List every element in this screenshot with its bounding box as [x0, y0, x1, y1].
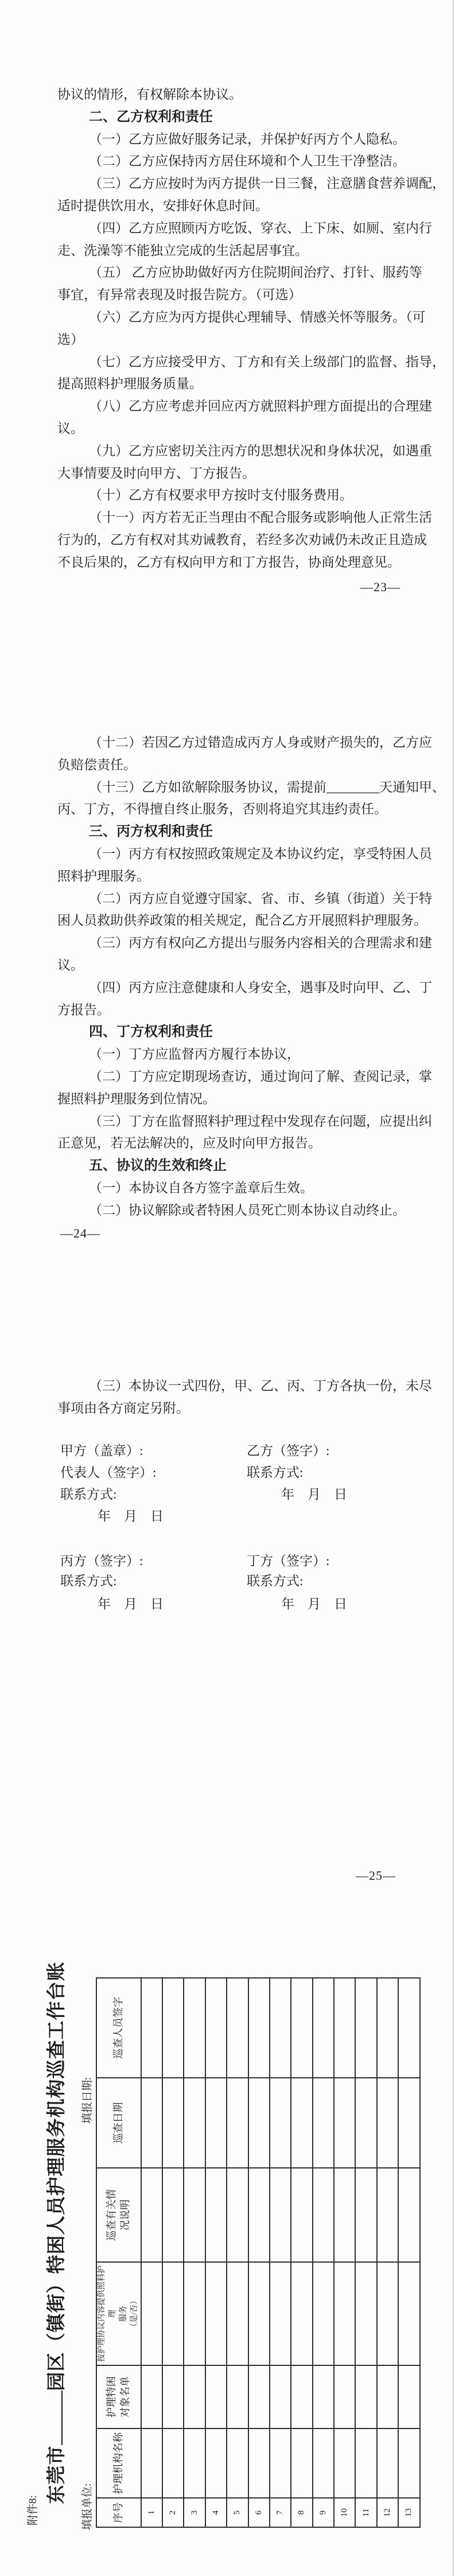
table-row: 8 — [291, 1978, 312, 2527]
text-line: 协议的情形，有权解除本协议。 — [57, 84, 404, 106]
text-line: 事宜，有异常表现及时报告院方。（可选） — [57, 284, 404, 307]
table-cell — [205, 2168, 227, 2262]
text-line: （四）丙方应注意健康和人身安全，遇事及时向甲、乙、丁 — [57, 977, 404, 999]
table-cell — [334, 2365, 355, 2428]
table-cell — [270, 1978, 291, 2078]
table-cell — [184, 2168, 205, 2262]
table-cell — [141, 2428, 162, 2498]
table-cell — [334, 2428, 355, 2498]
table-cell — [291, 2078, 312, 2168]
table-cell — [248, 2262, 270, 2365]
table-cell — [141, 1978, 162, 2078]
table-row: 13 — [398, 1978, 419, 2527]
text-line: 事项由各方商定另附。 — [57, 1398, 404, 1420]
text-line: （九）乙方应密切关注丙方的思想状况和身体状况，如遇重 — [57, 440, 404, 463]
attachment-label: 附件8: — [24, 2495, 40, 2525]
text-line: （一）乙方应做好服务记录，并保护好丙方个人隐私。 — [57, 129, 404, 151]
text-line: （四）乙方应照顾丙方吃饭、穿衣、上下床、如厕、室内行 — [57, 218, 404, 240]
table-cell — [270, 2262, 291, 2365]
table-cell — [141, 2262, 162, 2365]
table-row: 10 — [334, 1978, 355, 2527]
table-cell — [398, 2262, 419, 2365]
text-line: 照料护理服务。 — [57, 866, 404, 888]
page-25-body: （三）本协议一式四份，甲、乙、丙、丁方各执一份，未尽事项由各方商定另附。 — [57, 1375, 404, 1420]
table-cell — [313, 1978, 334, 2078]
table-cell — [248, 1978, 270, 2078]
table-header-cell: 按护理协议内容提供照料护理 服务 （是/否） — [96, 2262, 141, 2365]
table-cell — [291, 1978, 312, 2078]
text-line: （十三）乙方如欲解除服务协议，需提前________天通知甲、 — [57, 777, 404, 799]
party-b-date-label: 年 月 日 — [281, 1484, 347, 1503]
table-cell — [355, 2428, 376, 2498]
table-header-cell: 巡查日期 — [96, 2078, 141, 2168]
table-cell — [291, 2168, 312, 2262]
table-cell — [377, 2078, 398, 2168]
table-row: 1 — [141, 1978, 162, 2527]
ledger-title-suffix: 园区（镇街）特困人员护理服务机构巡查工作台账 — [45, 1962, 67, 2391]
text-line: （八）乙方应考虑并回应丙方就照料护理方面提出的合理建 — [57, 395, 404, 418]
table-cell — [184, 2365, 205, 2428]
text-line: 大事情要及时向甲方、丁方报告。 — [57, 463, 404, 485]
table-cell — [162, 2365, 184, 2428]
ledger-title-prefix: 东莞市 — [45, 2446, 67, 2504]
table-cell — [377, 1978, 398, 2078]
text-line: 负赔偿责任。 — [57, 754, 404, 777]
page-number-24: —24— — [60, 1226, 100, 1241]
table-cell — [398, 2168, 419, 2262]
table-cell — [141, 2365, 162, 2428]
table-cell — [398, 2078, 419, 2168]
text-line: 方报告。 — [57, 999, 404, 1022]
text-line: （二）丙方应自觉遵守国家、省、市、乡镇（街道）关于特 — [57, 888, 404, 910]
table-cell — [334, 2262, 355, 2365]
table-cell — [313, 2365, 334, 2428]
party-b-sign-label: 乙方（签字）: — [247, 1440, 329, 1459]
table-header-cell: 巡查有关情 况说明 — [96, 2168, 141, 2262]
table-header-cell: 序号 — [96, 2498, 141, 2527]
text-line: （六）乙方应为丙方提供心理辅导、情感关怀等服务。（可 — [57, 307, 404, 329]
table-cell — [291, 2262, 312, 2365]
row-number-cell: 6 — [248, 2498, 270, 2527]
party-d-contact-label: 联系方式: — [247, 1570, 303, 1589]
party-c-contact-label: 联系方式: — [60, 1570, 116, 1589]
table-row: 6 — [248, 1978, 270, 2527]
text-line: 行为的，乙方有权对其劝诫教育，若经多次劝诫仍未改正且造成 — [57, 529, 404, 552]
table-cell — [205, 1978, 227, 2078]
text-line: （一）本协议自各方签字盖章后生效。 — [57, 1177, 404, 1200]
table-cell — [162, 2428, 184, 2498]
table-row: 9 — [313, 1978, 334, 2527]
table-row: 11 — [355, 1978, 376, 2527]
section-heading: 五、协议的生效和终止 — [57, 1155, 404, 1177]
text-line: （五） 乙方应协助做好丙方住院期间治疗、打针、服药等 — [57, 262, 404, 284]
table-cell — [205, 2365, 227, 2428]
table-cell — [334, 1978, 355, 2078]
table-cell — [377, 2365, 398, 2428]
party-b-contact-label: 联系方式: — [247, 1462, 303, 1481]
table-cell — [270, 2168, 291, 2262]
table-header-cell: 护理机构名称 — [96, 2428, 141, 2498]
table-cell — [355, 2262, 376, 2365]
scanned-document: 协议的情形，有权解除本协议。二、乙方权利和责任（一）乙方应做好服务记录，并保护好… — [0, 0, 455, 2576]
row-number-cell: 5 — [227, 2498, 248, 2527]
text-line: （二）乙方应保持丙方居住环境和个人卫生干净整洁。 — [57, 150, 404, 173]
inspection-ledger-table: 序号护理机构名称护理特困 对象名单按护理协议内容提供照料护理 服务 （是/否）巡… — [96, 1977, 421, 2528]
table-cell — [205, 2262, 227, 2365]
section-heading: 二、乙方权利和责任 — [57, 106, 404, 129]
row-number-cell: 13 — [398, 2498, 419, 2527]
text-line: 选） — [57, 329, 404, 351]
page-number-23: —23— — [360, 580, 400, 595]
table-cell — [313, 2168, 334, 2262]
table-cell — [398, 1978, 419, 2078]
text-line: 握照料护理服务到位情况。 — [57, 1088, 404, 1111]
text-line: 不良后果的，乙方有权向甲方和丁方报告，协商处理意见。 — [57, 552, 404, 574]
table-cell — [248, 2428, 270, 2498]
attachment-8-ledger-page: 附件8: 东莞市园区（镇街）特困人员护理服务机构巡查工作台账 填报单位: 填报日… — [23, 1917, 425, 2548]
row-number-cell: 9 — [313, 2498, 334, 2527]
party-d-sign-label: 丁方（签字）: — [247, 1550, 329, 1569]
table-cell — [377, 2168, 398, 2262]
table-cell — [334, 2078, 355, 2168]
text-line: 丙、丁方，不得擅自终止服务，否则将追究其违约责任。 — [57, 798, 404, 821]
row-number-cell: 8 — [291, 2498, 312, 2527]
table-cell — [162, 2078, 184, 2168]
party-a-seal-label: 甲方（盖章）: — [60, 1440, 143, 1459]
table-cell — [227, 1978, 248, 2078]
party-c-date-label: 年 月 日 — [98, 1593, 164, 1612]
row-number-cell: 11 — [355, 2498, 376, 2527]
table-cell — [141, 2168, 162, 2262]
text-line: 议。 — [57, 955, 404, 977]
party-a-contact-label: 联系方式: — [60, 1484, 116, 1503]
text-line: （十二）若因乙方过错造成丙方人身或财产损失的，乙方应 — [57, 732, 404, 754]
table-row: 3 — [184, 1978, 205, 2527]
scan-edge-artifact — [453, 0, 454, 2576]
row-number-cell: 3 — [184, 2498, 205, 2527]
table-cell — [291, 2428, 312, 2498]
table-cell — [313, 2262, 334, 2365]
table-cell — [355, 2168, 376, 2262]
table-cell — [205, 2078, 227, 2168]
table-cell — [398, 2365, 419, 2428]
text-line: （三）丙方有权向乙方提出与服务内容相关的合理需求和建 — [57, 932, 404, 955]
table-cell — [227, 2365, 248, 2428]
table-cell — [162, 2262, 184, 2365]
table-cell — [355, 2365, 376, 2428]
table-cell — [355, 1978, 376, 2078]
text-line: （二）协议解除或者特困人员死亡则本协议自动终止。 — [57, 1200, 404, 1222]
page-23-body: 协议的情形，有权解除本协议。二、乙方权利和责任（一）乙方应做好服务记录，并保护好… — [57, 84, 404, 574]
table-row: 7 — [270, 1978, 291, 2527]
table-cell — [248, 2365, 270, 2428]
table-cell — [162, 1978, 184, 2078]
table-cell — [227, 2078, 248, 2168]
table-row: 4 — [205, 1978, 227, 2527]
text-line: 困人员救助供养政策的相关规定，配合乙方开展照料护理服务。 — [57, 910, 404, 932]
table-row: 12 — [377, 1978, 398, 2527]
table-cell — [248, 2078, 270, 2168]
table-cell — [313, 2078, 334, 2168]
text-line: （七）乙方应接受甲方、丁方和有关上级部门的监督、指导， — [57, 351, 404, 374]
table-cell — [227, 2262, 248, 2365]
party-d-date-label: 年 月 日 — [281, 1593, 347, 1612]
table-row: 2 — [162, 1978, 184, 2527]
title-blank-line — [44, 2391, 63, 2446]
table-cell — [248, 2168, 270, 2262]
page-number-25: —25— — [356, 1868, 396, 1883]
table-cell — [398, 2428, 419, 2498]
row-number-cell: 10 — [334, 2498, 355, 2527]
fill-date-label: 填报日期: — [79, 2077, 94, 2124]
table-cell — [227, 2168, 248, 2262]
party-a-date-label: 年 月 日 — [98, 1506, 164, 1524]
text-line: 提高照料护理服务质量。 — [57, 373, 404, 395]
table-cell — [355, 2078, 376, 2168]
text-line: 正意见，若无法解决的，应及时向甲方报告。 — [57, 1132, 404, 1155]
table-cell — [291, 2365, 312, 2428]
text-line: （三）乙方应按时为丙方提供一日三餐，注意膳食营养调配， — [57, 173, 404, 195]
table-cell — [270, 2078, 291, 2168]
row-number-cell: 4 — [205, 2498, 227, 2527]
text-line: （十）乙方有权要求甲方按时支付服务费用。 — [57, 484, 404, 507]
table-header-cell: 巡查人员签字 — [96, 1978, 141, 2078]
table-cell — [184, 2262, 205, 2365]
row-number-cell: 12 — [377, 2498, 398, 2527]
text-line: 议。 — [57, 418, 404, 440]
table-cell — [313, 2428, 334, 2498]
text-line: 适时提供饮用水，安排好休息时间。 — [57, 195, 404, 218]
row-number-cell: 7 — [270, 2498, 291, 2527]
table-cell — [377, 2428, 398, 2498]
row-number-cell: 2 — [162, 2498, 184, 2527]
text-line: 走、洗澡等不能独立完成的生活起居事宜。 — [57, 240, 404, 262]
section-heading: 四、丁方权利和责任 — [57, 1021, 404, 1043]
table-cell — [205, 2428, 227, 2498]
table-cell — [141, 2078, 162, 2168]
table-row: 5 — [227, 1978, 248, 2527]
text-line: （三）本协议一式四份，甲、乙、丙、丁方各执一份，未尽 — [57, 1375, 404, 1398]
row-number-cell: 1 — [141, 2498, 162, 2527]
section-heading: 三、丙方权利和责任 — [57, 821, 404, 843]
table-cell — [162, 2168, 184, 2262]
ledger-title: 东莞市园区（镇街）特困人员护理服务机构巡查工作台账 — [41, 1917, 68, 2548]
text-line: （三）丁方在监督照料护理过程中发现存在问题，应提出纠 — [57, 1111, 404, 1133]
table-cell — [184, 2078, 205, 2168]
table-cell — [227, 2428, 248, 2498]
table-cell — [334, 2168, 355, 2262]
page-24-body: （十二）若因乙方过错造成丙方人身或财产损失的，乙方应负赔偿责任。（十三）乙方如欲… — [57, 732, 404, 1222]
fill-unit-label: 填报单位: — [79, 2484, 94, 2530]
table-cell — [184, 2428, 205, 2498]
table-cell — [270, 2428, 291, 2498]
table-cell — [377, 2262, 398, 2365]
table-cell — [270, 2365, 291, 2428]
text-line: （一）丙方有权按照政策规定及本协议约定，享受特困人员 — [57, 843, 404, 866]
table-header-cell: 护理特困 对象名单 — [96, 2365, 141, 2428]
text-line: （十一）丙方若无正当理由不配合服务或影响他人正常生活 — [57, 507, 404, 529]
text-line: （一）丁方应监督丙方履行本协议， — [57, 1043, 404, 1066]
text-line: （二）丁方应定期现场查访，通过询问了解、查阅记录，掌 — [57, 1066, 404, 1088]
party-a-rep-label: 代表人（签字）: — [60, 1462, 156, 1481]
table-cell — [184, 1978, 205, 2078]
party-c-sign-label: 丙方（签字）: — [60, 1550, 143, 1569]
